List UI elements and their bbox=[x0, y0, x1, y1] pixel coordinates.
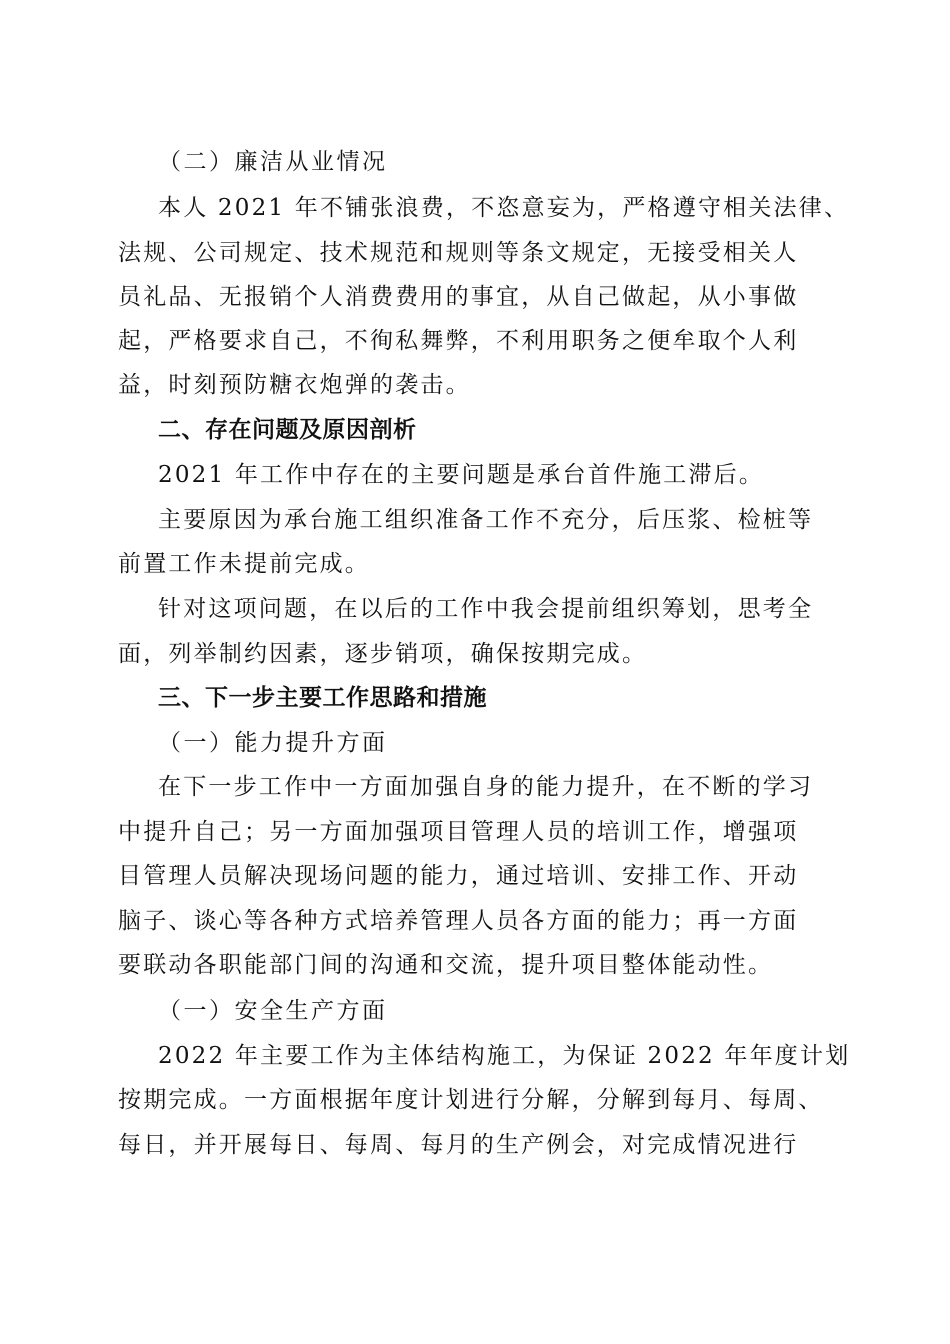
paragraph-line: 按期完成。一方面根据年度计划进行分解，分解到每月、每周、 bbox=[118, 1078, 824, 1122]
section-heading-problems: 二、存在问题及原因剖析 bbox=[158, 408, 417, 452]
paragraph-line: 针对这项问题，在以后的工作中我会提前组织筹划，思考全 bbox=[158, 587, 813, 631]
paragraph-line: 每日，并开展每日、每周、每月的生产例会，对完成情况进行 bbox=[118, 1123, 798, 1167]
paragraph-line: 前置工作未提前完成。 bbox=[118, 542, 370, 586]
paragraph-line: 本人 2021 年不铺张浪费，不恣意妄为，严格遵守相关法律、 bbox=[158, 186, 849, 230]
paragraph-line: 法规、公司规定、技术规范和规则等条文规定，无接受相关人 bbox=[118, 231, 798, 275]
paragraph-line: 目管理人员解决现场问题的能力，通过培训、安排工作、开动 bbox=[118, 854, 798, 898]
paragraph-line: 2022 年主要工作为主体结构施工，为保证 2022 年年度计划 bbox=[158, 1034, 850, 1078]
paragraph-line: 要联动各职能部门间的沟通和交流，提升项目整体能动性。 bbox=[118, 943, 773, 987]
subheading-capability: （一）能力提升方面 bbox=[158, 721, 388, 765]
section-heading-next-steps: 三、下一步主要工作思路和措施 bbox=[158, 676, 487, 720]
paragraph-line: 2021 年工作中存在的主要问题是承台首件施工滞后。 bbox=[158, 453, 764, 497]
paragraph-line: 益，时刻预防糖衣炮弹的袭击。 bbox=[118, 363, 471, 407]
paragraph-line: 在下一步工作中一方面加强自身的能力提升，在不断的学习 bbox=[158, 765, 813, 809]
paragraph-line: 员礼品、无报销个人消费费用的事宜，从自己做起，从小事做 bbox=[118, 275, 798, 319]
subheading-integrity: （二）廉洁从业情况 bbox=[158, 140, 388, 184]
paragraph-line: 起，严格要求自己，不徇私舞弊，不利用职务之便牟取个人利 bbox=[118, 319, 798, 363]
paragraph-line: 中提升自己；另一方面加强项目管理人员的培训工作，增强项 bbox=[118, 810, 798, 854]
subheading-safety: （一）安全生产方面 bbox=[158, 989, 388, 1033]
paragraph-line: 主要原因为承台施工组织准备工作不充分，后压浆、检桩等 bbox=[158, 498, 813, 542]
paragraph-line: 脑子、谈心等各种方式培养管理人员各方面的能力；再一方面 bbox=[118, 899, 798, 943]
paragraph-line: 面，列举制约因素，逐步销项，确保按期完成。 bbox=[118, 632, 647, 676]
